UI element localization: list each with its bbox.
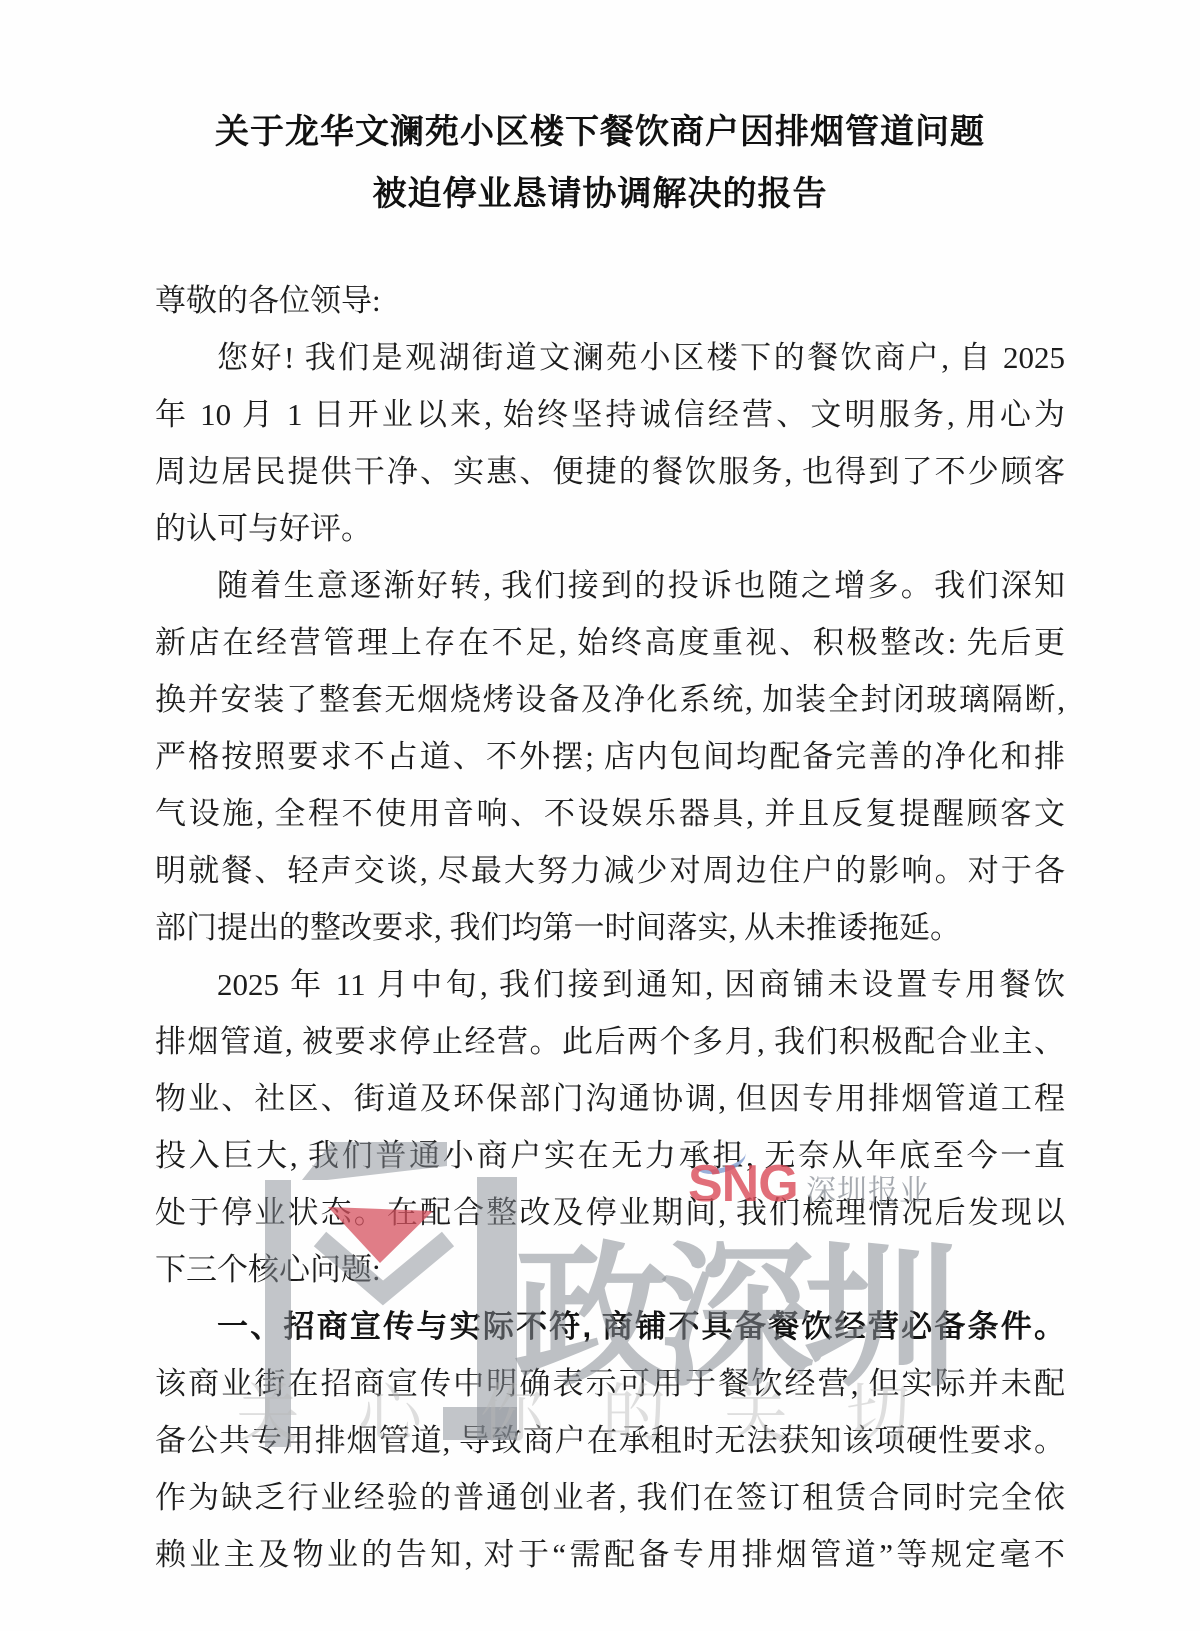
document-line: 该商业街在招商宣传中明确表示可用于餐饮经营, 但实际并未配 <box>155 1355 1065 1412</box>
document-line: 新店在经营管理上存在不足, 始终高度重视、积极整改: 先后更 <box>155 614 1065 671</box>
document-line: 部门提出的整改要求, 我们均第一时间落实, 从未推诿拖延。 <box>155 899 1065 956</box>
document-line: 物业、社区、街道及环保部门沟通协调, 但因专用排烟管道工程 <box>155 1070 1065 1127</box>
document-line: 排烟管道, 被要求停止经营。此后两个多月, 我们积极配合业主、 <box>155 1013 1065 1070</box>
document-line: 随着生意逐渐好转, 我们接到的投诉也随之增多。我们深知 <box>155 557 1065 614</box>
document-line: 换并安装了整套无烟烧烤设备及净化系统, 加装全封闭玻璃隔断, <box>155 671 1065 728</box>
document-line: 一、招商宣传与实际不符, 商铺不具备餐饮经营必备条件。 <box>155 1298 1065 1355</box>
document-line: 严格按照要求不占道、不外摆; 店内包间均配备完善的净化和排 <box>155 728 1065 785</box>
report-page: 关于龙华文澜苑小区楼下餐饮商户因排烟管道问题 被迫停业恳请协调解决的报告 尊敬的… <box>0 0 1200 1631</box>
document-line: 年 10 月 1 日开业以来, 始终坚持诚信经营、文明服务, 用心为 <box>155 386 1065 443</box>
document-line: 尊敬的各位领导: <box>155 272 1065 329</box>
document-line: 您好! 我们是观湖街道文澜苑小区楼下的餐饮商户, 自 2025 <box>155 329 1065 386</box>
document-lines: 尊敬的各位领导:您好! 我们是观湖街道文澜苑小区楼下的餐饮商户, 自 2025年… <box>155 272 1065 1583</box>
document-line: 气设施, 全程不使用音响、不设娱乐器具, 并且反复提醒顾客文 <box>155 785 1065 842</box>
document-line: 的认可与好评。 <box>155 500 1065 557</box>
title-line-2: 被迫停业恳请协调解决的报告 <box>0 164 1200 226</box>
document-line: 周边居民提供干净、实惠、便捷的餐饮服务, 也得到了不少顾客 <box>155 443 1065 500</box>
title-line-1: 关于龙华文澜苑小区楼下餐饮商户因排烟管道问题 <box>0 102 1200 164</box>
document-line: 赖业主及物业的告知, 对于“需配备专用排烟管道”等规定毫不 <box>155 1526 1065 1583</box>
document-line: 下三个核心问题: <box>155 1241 1065 1298</box>
document-line: 备公共专用排烟管道, 导致商户在承租时无法获知该项硬性要求。 <box>155 1412 1065 1469</box>
document-line: 明就餐、轻声交谈, 尽最大努力减少对周边住户的影响。对于各 <box>155 842 1065 899</box>
document-line: 投入巨大, 我们普通小商户实在无力承担, 无奈从年底至今一直 <box>155 1127 1065 1184</box>
document-title: 关于龙华文澜苑小区楼下餐饮商户因排烟管道问题 被迫停业恳请协调解决的报告 <box>0 102 1200 226</box>
document-line: 处于停业状态。在配合整改及停业期间, 我们梳理情况后发现以 <box>155 1184 1065 1241</box>
document-line: 作为缺乏行业经验的普通创业者, 我们在签订租赁合同时完全依 <box>155 1469 1065 1526</box>
document-line: 2025 年 11 月中旬, 我们接到通知, 因商铺未设置专用餐饮 <box>155 956 1065 1013</box>
